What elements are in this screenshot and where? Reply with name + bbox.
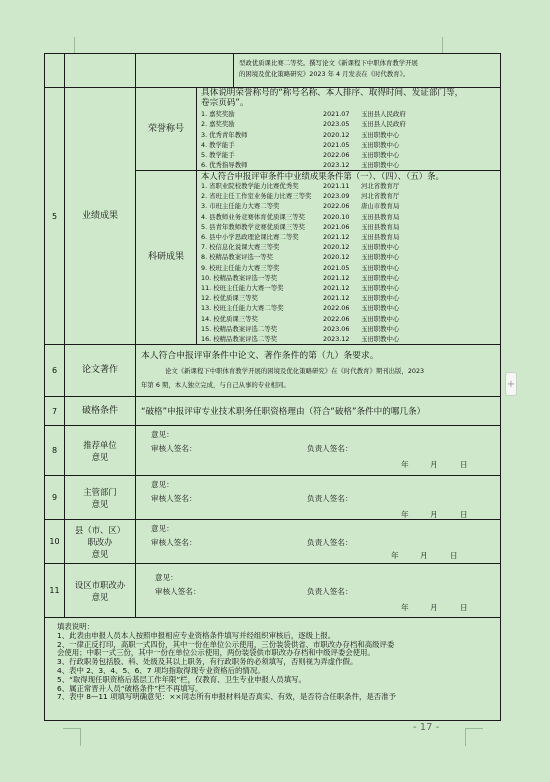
list-item: 2. 嘉奖奖励2023.05玉田县人民政府: [201, 119, 497, 129]
honors-intro: 具体说明荣誉称号的“称号名称、本人排序、取得时间、发证部门等，: [201, 88, 497, 98]
opinion-row-number-text: 8: [52, 446, 57, 455]
opinion-label: 意见：: [151, 479, 174, 490]
item-org: 玉田职教中心: [361, 283, 399, 293]
row6-line-2: 论文《新课程下中职体育教学开展的困境及优化策略研究》在《时代教育》期刊出版，20…: [141, 363, 496, 379]
item-date: 2021.12: [323, 283, 361, 293]
item-date: 2021.12: [323, 273, 361, 283]
opinion-row-number-text: 10: [49, 537, 59, 546]
item-title: 9. 校班主任能力大赛三等奖: [201, 263, 323, 273]
item-org: 玉田职教中心: [361, 293, 399, 303]
row5-number: 5: [44, 87, 65, 345]
crop-mark-top-left: [49, 37, 75, 54]
research-content-cell: 本人符合申报评审条件中业绩成果条件第（一）、（四）、（五）条。 1. 省职业院校…: [196, 170, 501, 345]
list-item: 4. 教学能手2021.05玉田职教中心: [201, 140, 497, 150]
research-label-cell: 科研成果: [135, 170, 197, 345]
row7-number-text: 7: [52, 407, 57, 416]
item-org: 玉田县人民政府: [361, 119, 406, 129]
opinion-row-number-text: 11: [49, 586, 59, 595]
row6-line-3: 年第 6 期，本人独立完成，与自己从事的专业相同。: [141, 379, 496, 391]
honors-label: 荣誉称号: [148, 123, 184, 136]
date-month-label: 月: [430, 602, 438, 613]
item-title: 5. 县青年教师教学竞赛优质课三等奖: [201, 222, 323, 232]
opinion-row-label: 推荐单位意见: [64, 425, 136, 476]
list-item: 13. 校班主任能力大赛二等奖2022.06玉田职教中心: [201, 303, 497, 313]
item-date: 2023.05: [323, 119, 361, 129]
opinion-row-label-line: 设区市职改办: [75, 579, 125, 591]
item-org: 玉田职教中心: [361, 314, 399, 324]
honors-content-cell: 具体说明荣誉称号的“称号名称、本人排序、取得时间、发证部门等， 卷宗页码”。 1…: [196, 87, 501, 171]
list-item: 1. 嘉奖奖励2021.07玉田县人民政府: [201, 109, 497, 119]
prev-row-number-cell: [44, 53, 65, 88]
list-item: 10. 校精品教案评选一等奖2021.12玉田职教中心: [201, 273, 497, 283]
item-org: 玉田职教中心: [361, 150, 399, 160]
list-item: 3. 优秀青年教师2020.12玉田职教中心: [201, 130, 497, 140]
item-date: 2020.12: [323, 242, 361, 252]
list-item: 1. 省职业院校教学能力比赛优秀奖2021.11河北省教育厅: [201, 181, 497, 191]
opinion-row-label-line: 县（市、区）: [75, 524, 125, 536]
opinion-row-label: 设区市职改办意见: [64, 563, 136, 618]
item-title: 11. 校班主任能力大赛一等奖: [201, 283, 323, 293]
list-item: 9. 校班主任能力大赛三等奖2021.05玉田职教中心: [201, 263, 497, 273]
opinion-row-label-line: 意见: [92, 498, 109, 510]
crop-mark-bottom-right: [465, 728, 483, 746]
row6-line-1: 本人符合申报评审条件中论文、著作条件的第（九）条要求。: [141, 349, 496, 363]
list-item: 8. 校精品教案评选一等奖2020.12玉田职教中心: [201, 252, 497, 262]
item-date: 2023.06: [323, 324, 361, 334]
opinion-row-label: 县（市、区）职改办意见: [64, 519, 136, 564]
research-intro: 本人符合申报评审条件中业绩成果条件第（一）、（四）、（五）条。: [201, 171, 497, 181]
reviewer-signature-label: 审核人签名：: [151, 537, 197, 548]
opinion-content-cell[interactable]: 意见：审核人签名：负责人签名：年月日: [135, 519, 501, 564]
item-org: 河北省教育厅: [361, 181, 399, 191]
opinion-row-label-line: 主管部门: [83, 486, 117, 498]
reviewer-signature-label: 审核人签名：: [155, 586, 201, 597]
item-date: 2020.12: [323, 130, 361, 140]
reviewer-signature-label: 审核人签名：: [151, 493, 197, 504]
leader-signature-label: 负责人签名：: [307, 586, 353, 597]
item-org: 玉田职教中心: [361, 242, 399, 252]
honors-intro-2: 卷宗页码”。: [201, 98, 497, 108]
item-org: 玉田职教中心: [361, 130, 399, 140]
opinion-content-cell[interactable]: 意见：审核人签名：负责人签名：年月日: [135, 475, 501, 520]
item-title: 3. 优秀青年教师: [201, 130, 323, 140]
list-item: 15. 校精品教案评选二等奖2023.06玉田职教中心: [201, 324, 497, 334]
item-title: 2. 嘉奖奖励: [201, 119, 323, 129]
date-day-label: 日: [450, 550, 458, 561]
leader-signature-label: 负责人签名：: [307, 443, 353, 454]
prev-row-sublabel-cell: [135, 53, 234, 88]
item-org: 唐山市教育局: [361, 201, 399, 211]
item-org: 玉田县教育局: [361, 232, 399, 242]
item-org: 玉田县教育局: [361, 212, 399, 222]
list-item: 11. 校班主任能力大赛一等奖2021.12玉田职教中心: [201, 283, 497, 293]
crop-mark-top-right: [442, 37, 444, 53]
list-item: 5. 教学能手2022.06玉田职教中心: [201, 150, 497, 160]
row6-number: 6: [44, 344, 65, 397]
date-day-label: 日: [460, 602, 468, 613]
item-title: 12. 校优质课三等奖: [201, 293, 323, 303]
opinion-row-label-line: 意见: [92, 591, 109, 603]
item-title: 4. 县教师业务竞赛体育优质课三等奖: [201, 212, 323, 222]
list-item: 16. 校精品教案评选二等奖2023.12玉田职教中心: [201, 334, 497, 344]
row7-content: “破格”申报评审专业技术职务任职资格理由（符合“破格”条件中的哪几条）: [135, 396, 501, 426]
item-title: 5. 教学能手: [201, 150, 323, 160]
row6-label: 论文著作: [64, 344, 136, 397]
date-year-label: 年: [401, 602, 409, 613]
item-date: 2022.06: [323, 150, 361, 160]
opinion-row-number: 10: [44, 519, 65, 564]
opinion-row-number: 11: [44, 563, 65, 618]
opinion-content-cell[interactable]: 意见：审核人签名：负责人签名：年月日: [135, 563, 501, 618]
row5-number-text: 5: [52, 212, 57, 221]
prev-row-line-2: 的困境及优化策略研究》2023 年 4 月发表在《时代教育》。: [239, 69, 496, 80]
row6-content: 本人符合申报评审条件中论文、著作条件的第（九）条要求。 论文《新课程下中职体育教…: [135, 344, 501, 397]
research-label: 科研成果: [148, 251, 184, 264]
item-title: 13. 校班主任能力大赛二等奖: [201, 303, 323, 313]
item-date: 2023.09: [323, 191, 361, 201]
item-org: 玉田县教育局: [361, 222, 399, 232]
item-org: 河北省教育厅: [361, 191, 399, 201]
row7-number: 7: [44, 396, 65, 426]
item-date: 2022.06: [323, 314, 361, 324]
row7-content-text: “破格”申报评审专业技术职务任职资格理由（符合“破格”条件中的哪几条）: [141, 405, 425, 417]
item-date: 2021.07: [323, 109, 361, 119]
opinion-label: 意见：: [151, 523, 174, 534]
item-title: 8. 校精品教案评选一等奖: [201, 252, 323, 262]
item-date: 2020.10: [323, 212, 361, 222]
list-item: 7. 校信息化说课大赛三等奖2020.12玉田职教中心: [201, 242, 497, 252]
opinion-label: 意见：: [155, 572, 178, 583]
prev-row-content-cell: 型政优质课比赛二等奖。撰写论文《新课程下中职体育教学开展 的困境及优化策略研究》…: [233, 53, 501, 88]
item-title: 7. 校信息化说课大赛三等奖: [201, 242, 323, 252]
opinion-row-label-line: 意见: [92, 548, 109, 560]
item-date: 2021.05: [323, 263, 361, 273]
date-year-label: 年: [391, 550, 399, 561]
item-date: 2022.06: [323, 303, 361, 313]
row7-label: 破格条件: [64, 396, 136, 426]
item-date: 2021.12: [323, 232, 361, 242]
leader-signature-label: 负责人签名：: [307, 493, 353, 504]
date-month-label: 月: [420, 550, 428, 561]
prev-row-line-1: 型政优质课比赛二等奖。撰写论文《新课程下中职体育教学开展: [239, 58, 496, 69]
item-title: 10. 校精品教案评选一等奖: [201, 273, 323, 283]
item-date: 2021.11: [323, 181, 361, 191]
list-item: 2. 省班主任工作室业务能力比赛三等奖2023.09河北省教育厅: [201, 191, 497, 201]
honors-label-cell: 荣誉称号: [135, 87, 197, 171]
item-org: 玉田职教中心: [361, 334, 399, 344]
row6-number-text: 6: [52, 366, 57, 375]
instructions-box: 填表说明： 1、此表由申报人员本人按照申报相应专业资格条件填写并经组织审核后，逐…: [44, 617, 501, 721]
list-item: 3. 市班主任能力大赛二等奖2022.06唐山市教育局: [201, 201, 497, 211]
item-date: 2023.12: [323, 334, 361, 344]
item-title: 15. 校精品教案评选二等奖: [201, 324, 323, 334]
item-title: 3. 市班主任能力大赛二等奖: [201, 201, 323, 211]
item-org: 玉田职教中心: [361, 303, 399, 313]
opinion-row-label: 主管部门意见: [64, 475, 136, 520]
instructions-lines: 1、此表由申报人员本人按照申报相应专业资格条件填写并经组织审核后，逐级上报。2、…: [57, 632, 488, 702]
date-month-label: 月: [430, 459, 438, 470]
item-title: 1. 嘉奖奖励: [201, 109, 323, 119]
item-org: 玉田职教中心: [361, 263, 399, 273]
item-org: 玉田职教中心: [361, 324, 399, 334]
date-day-label: 日: [460, 459, 468, 470]
row5-label: 业绩成果: [64, 87, 136, 345]
row7-label-text: 破格条件: [82, 405, 118, 418]
item-title: 6. 县中小学思政理论课比赛二等奖: [201, 232, 323, 242]
item-date: 2020.12: [323, 252, 361, 262]
list-item: 6. 县中小学思政理论课比赛二等奖2021.12玉田县教育局: [201, 232, 497, 242]
item-title: 1. 省职业院校教学能力比赛优秀奖: [201, 181, 323, 191]
opinion-row-number: 9: [44, 475, 65, 520]
opinion-label: 意见：: [151, 429, 174, 440]
opinion-row-label-line: 职改办: [87, 536, 112, 548]
opinion-content-cell[interactable]: 意见：审核人签名：负责人签名：年月日: [135, 425, 501, 476]
item-org: 玉田职教中心: [361, 140, 399, 150]
item-date: 2022.06: [323, 201, 361, 211]
item-title: 2. 省班主任工作室业务能力比赛三等奖: [201, 191, 323, 201]
item-date: 2021.05: [323, 140, 361, 150]
list-item: 12. 校优质课三等奖2021.12玉田职教中心: [201, 293, 497, 303]
honors-list: 1. 嘉奖奖励2021.07玉田县人民政府2. 嘉奖奖励2023.05玉田县人民…: [201, 109, 497, 171]
page-number: - 17 -: [413, 722, 439, 733]
item-title: 4. 教学能手: [201, 140, 323, 150]
item-org: 玉田职教中心: [361, 273, 399, 283]
opinion-row-label-line: 推荐单位: [83, 439, 117, 451]
item-date: 2021.06: [323, 222, 361, 232]
row6-label-text: 论文著作: [82, 364, 118, 377]
opinion-row-number-text: 9: [52, 493, 57, 502]
leader-signature-label: 负责人签名：: [307, 537, 353, 548]
opinion-row-label-line: 意见: [92, 451, 109, 463]
prev-row-label-cell: [64, 53, 136, 88]
item-title: 16. 校精品教案评选二等奖: [201, 334, 323, 344]
item-date: 2021.12: [323, 293, 361, 303]
list-item: 5. 县青年教师教学竞赛优质课三等奖2021.06玉田县教育局: [201, 222, 497, 232]
crop-mark-bottom-left: [63, 728, 81, 746]
reviewer-signature-label: 审核人签名：: [151, 443, 197, 454]
row5-label-text: 业绩成果: [82, 210, 118, 223]
list-item: 4. 县教师业务竞赛体育优质课三等奖2020.10玉田县教育局: [201, 212, 497, 222]
item-title: 14. 校优质课三等奖: [201, 314, 323, 324]
item-org: 玉田职教中心: [361, 252, 399, 262]
item-org: 玉田县人民政府: [361, 109, 406, 119]
list-item: 14. 校优质课三等奖2022.06玉田职教中心: [201, 314, 497, 324]
research-list: 1. 省职业院校教学能力比赛优秀奖2021.11河北省教育厅2. 省班主任工作室…: [201, 181, 497, 344]
instruction-line: 7、表中 8—11 项填写明确意见：××同志所有申报材料是否真实、有效，是否符合…: [57, 693, 488, 702]
opinion-row-number: 8: [44, 425, 65, 476]
date-year-label: 年: [401, 459, 409, 470]
add-button[interactable]: +: [505, 372, 517, 396]
